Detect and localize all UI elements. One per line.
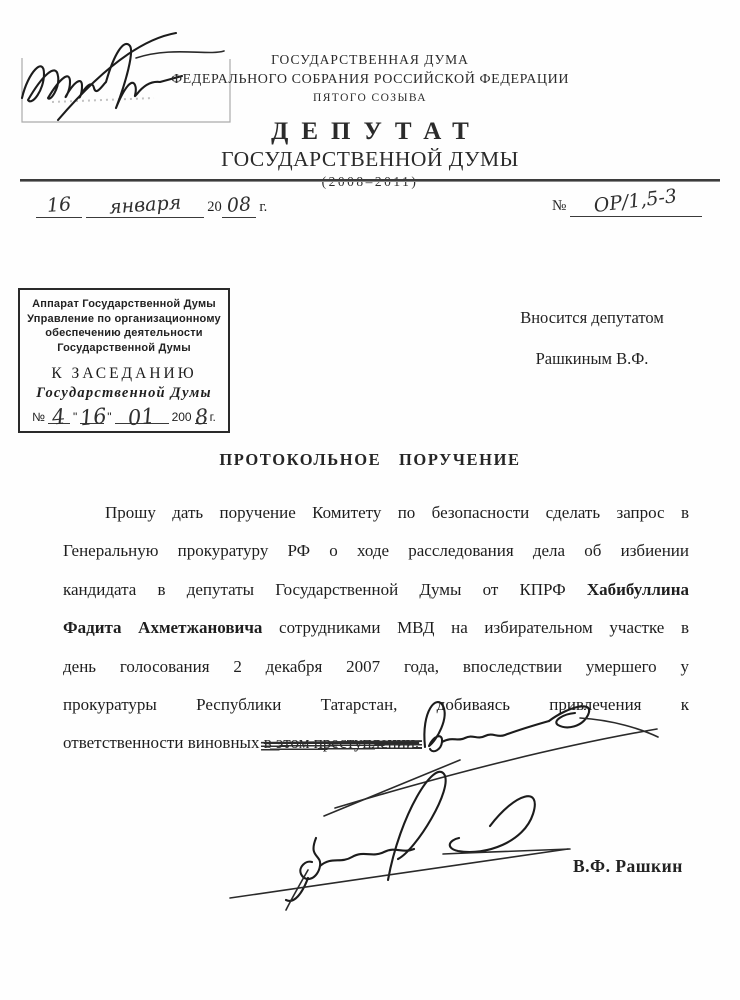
stamp-no-field: 4: [48, 409, 70, 424]
body-text-segment: Прошу дать поручение Комитету по безопас…: [105, 503, 689, 522]
document-number-line: № ОР/1,5-3: [552, 197, 702, 217]
date-line: 16 января 2008 г.: [36, 198, 267, 218]
divider-double-rule: [20, 179, 720, 182]
stamp-org-line2: Управление по организационному: [22, 312, 226, 327]
stamp-month-field: 01: [115, 409, 169, 424]
body-text-segment: кандидата в депутаты Государственной Дум…: [63, 580, 566, 599]
body-text-segment: день голосования 2 декабря 2007 года, вп…: [63, 657, 689, 676]
stamp-year-suffix: г.: [210, 410, 216, 424]
handwritten-stamp-month: 01: [127, 408, 155, 427]
stamp-quote-close: ": [107, 410, 111, 424]
handwritten-number: ОР/1,5-3: [593, 189, 678, 214]
body-text-segment: Генеральную прокуратуру РФ о ходе рассле…: [63, 541, 689, 560]
stamp-year-field: 8: [195, 409, 207, 424]
body-line: Фадита Ахметжановича сотрудниками МВД на…: [63, 618, 689, 656]
stamp-no-label: №: [32, 410, 45, 424]
org-name: ГОСУДАРСТВЕННАЯ ДУМА: [0, 52, 740, 68]
role-subtitle: ГОСУДАРСТВЕННОЙ ДУМЫ: [0, 147, 740, 172]
body-text-segment: ответственности виновных: [63, 733, 259, 752]
org-parent: ФЕДЕРАЛЬНОГО СОБРАНИЯ РОССИЙСКОЙ ФЕДЕРАЦ…: [0, 72, 740, 88]
date-day-field: 16: [36, 198, 82, 218]
date-month-field: января: [86, 198, 204, 218]
submitted-by-line: Вносится депутатом: [468, 297, 716, 338]
handwritten-stamp-year: 8: [194, 408, 209, 426]
stamp-org-line3: обеспечению деятельности: [22, 326, 226, 341]
handwritten-session-no: 4: [52, 408, 67, 426]
scanned-document-page: ГОСУДАРСТВЕННАЯ ДУМА ФЕДЕРАЛЬНОГО СОБРАН…: [0, 0, 740, 1000]
signature-bottom: [228, 752, 608, 912]
role-title: ДЕПУТАТ: [0, 118, 740, 146]
letterhead: ГОСУДАРСТВЕННАЯ ДУМА ФЕДЕРАЛЬНОГО СОБРАН…: [0, 52, 740, 190]
stamp-quote-open: ": [73, 410, 77, 424]
body-line: Прошу дать поручение Комитету по безопас…: [63, 503, 689, 541]
body-line: кандидата в депутаты Государственной Дум…: [63, 580, 689, 618]
number-label: №: [552, 198, 566, 214]
person-name-bold: Хабибуллина: [587, 580, 689, 599]
handwritten-month: января: [108, 195, 181, 215]
handwritten-stamp-day: 16: [79, 408, 107, 427]
stamp-org-line4: Государственной Думы: [22, 341, 226, 356]
pen-strokes: [230, 760, 570, 910]
body-text-segment: сотрудниками МВД на избирательном участк…: [279, 618, 689, 637]
stamp-session-subtitle: Государственной Думы: [22, 385, 226, 402]
person-name-bold: Фадита Ахметжановича: [63, 618, 262, 637]
document-title: ПРОТОКОЛЬНОЕ ПОРУЧЕНИЕ: [0, 450, 740, 470]
body-line: Генеральную прокуратуру РФ о ходе рассле…: [63, 541, 689, 579]
registration-stamp: Аппарат Государственной Думы Управление …: [18, 288, 230, 433]
term-years: (2008–2011): [0, 174, 740, 190]
stamp-day-field: 16: [80, 409, 104, 424]
handwritten-year: 08: [226, 197, 251, 214]
number-field: ОР/1,5-3: [570, 197, 702, 217]
stamp-number-line: № 4 " 16 " 01 200 8 г.: [22, 404, 226, 424]
stamp-session-title: К ЗАСЕДАНИЮ: [22, 365, 226, 383]
stamp-year-prefix: 200: [172, 410, 192, 424]
body-line: день голосования 2 декабря 2007 года, вп…: [63, 657, 689, 695]
signatory-name: В.Ф. Рашкин: [573, 856, 683, 877]
submitted-by-block: Вносится депутатом Рашкиным В.Ф.: [468, 297, 716, 379]
handwritten-day: 16: [46, 197, 71, 214]
year-suffix: г.: [259, 199, 267, 215]
submitted-by-name: Рашкиным В.Ф.: [468, 338, 716, 379]
stamp-org-line1: Аппарат Государственной Думы: [22, 297, 226, 312]
convocation: ПЯТОГО СОЗЫВА: [0, 92, 740, 104]
year-prefix: 20: [207, 199, 222, 215]
date-year-field: 08: [222, 198, 256, 218]
